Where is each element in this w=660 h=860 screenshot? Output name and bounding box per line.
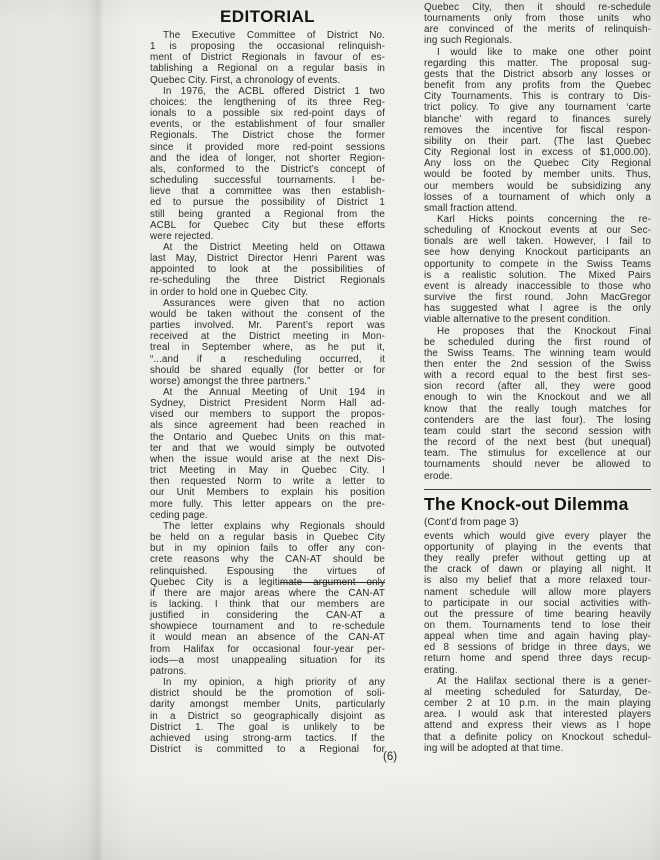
text-line: ment of District Regionals in favour of … <box>150 52 385 63</box>
section-divider <box>424 489 651 490</box>
text-line: 1 is proposing the occasional relinquish… <box>150 41 385 52</box>
text-line: He proposes that the Knockout Final <box>424 326 651 337</box>
text-line: ing will be adopted at that time. <box>424 743 651 754</box>
text-line: on them. Tournaments tend to lose their <box>424 620 651 631</box>
text-line: our Unit Members to explain his position <box>150 487 385 498</box>
text-line: if there are major areas where the CAN-A… <box>150 588 385 599</box>
text-line: the Ontario and Quebec Units on this mat… <box>150 432 385 443</box>
text-line: district should be the promotion of soli… <box>150 688 385 699</box>
text-line: Quebec City, then it should re-schedule <box>424 2 651 13</box>
text-line: City Regional lost in excess of $1,000.0… <box>424 147 651 158</box>
text-line: tionals are well taken. However, I fail … <box>424 236 651 247</box>
paragraph: The Executive Committee of District No.1… <box>150 30 385 86</box>
text-line: to participate in our social activities … <box>424 598 651 609</box>
text-line: At the Annual Meeting of Unit 194 in <box>150 387 385 398</box>
text-line: choices: the lengthening of its three Re… <box>150 97 385 108</box>
text-line: erode. <box>424 471 651 482</box>
text-line: more fully. This letter appears on the p… <box>150 499 385 510</box>
text-line: know that the really tough matches for <box>424 404 651 415</box>
editorial-heading: EDITORIAL <box>150 7 385 27</box>
text-line: out the pressure of time bearing heavily <box>424 609 651 620</box>
text-line: parties involved. Mr. Parent’s report wa… <box>150 320 385 331</box>
text-line: Regionals. The District chose the former <box>150 130 385 141</box>
text-line: that a definite policy on Knockout sched… <box>424 732 651 743</box>
text-line: scheduling of Knockout events at our Sec… <box>424 225 651 236</box>
text-line: nament schedule will allow more players <box>424 587 651 598</box>
paragraph: Quebec City, then it should re-schedulet… <box>424 2 651 47</box>
text-line: last May, District Director Henri Parent… <box>150 253 385 264</box>
text-line: ter and that we would simply be outvoted <box>150 443 385 454</box>
text-line: survive the first round. John MacGregor <box>424 292 651 303</box>
text-line: is also my belief that a more relaxed to… <box>424 575 651 586</box>
text-line: since it provided more red-point session… <box>150 142 385 153</box>
text-line: treal in September where, as he put it, <box>150 342 385 353</box>
text-line: relinquished. Espousing the virtues of <box>150 566 385 577</box>
text-line: attend and express their views as I hope <box>424 720 651 731</box>
text-line: it would mean an absence of the CAN-AT <box>150 632 385 643</box>
text-line: cember 2 at 10 p.m. in the main playing <box>424 698 651 709</box>
text-line: in order to hold one in Quebec City. <box>150 287 385 298</box>
text-line: sibility on their part. (The last Quebec <box>424 136 651 147</box>
text-line: they really prefer without getting up at <box>424 553 651 564</box>
knockout-dilemma-subheading: (Cont’d from page 3) <box>424 516 651 529</box>
text-line: als since agreement had been reached in <box>150 420 385 431</box>
text-line: is lacking. I think that our members are <box>150 599 385 610</box>
text-line: ionals to a possible six red-point days … <box>150 108 385 119</box>
text-line: Quebec City. First, a chronology of even… <box>150 75 385 86</box>
text-line: removes the incentive for fiscal respon- <box>424 125 651 136</box>
text-line: als, conformed to the District’s concept… <box>150 164 385 175</box>
knockout-dilemma-heading: The Knock-out Dilemma <box>424 494 651 515</box>
text-line: vised our members to support the propos- <box>150 409 385 420</box>
text-line: when the issue would arise at the next D… <box>150 454 385 465</box>
text-line: be held on a regular basis in Quebec Cit… <box>150 532 385 543</box>
paragraph: He proposes that the Knockout Finalbe sc… <box>424 326 651 482</box>
text-line: al meeting scheduled for Saturday, De- <box>424 687 651 698</box>
text-line: enough to win the Knockout and we all <box>424 392 651 403</box>
struck-text: mate argument only <box>280 577 385 588</box>
text-line: team could start the second session with <box>424 426 651 437</box>
text-line: regarding this matter. The proposal sug- <box>424 58 651 69</box>
text-line: the record of the next best (but unequal… <box>424 437 651 448</box>
text-line: from Halifax for occasional four-year pe… <box>150 644 385 655</box>
text-line: viable alternative to the present condit… <box>424 314 651 325</box>
text-line: would be taken without the consent of th… <box>150 309 385 320</box>
text-line: darity amongst member Units, particularl… <box>150 699 385 710</box>
text-line: would be footed by member units. Thus, <box>424 169 651 180</box>
text-line: then requested Norm to write a letter to <box>150 476 385 487</box>
text-segment: Quebec City is a legiti <box>150 577 280 588</box>
text-line: the crack of dawn or playing all night. … <box>424 564 651 575</box>
editorial-continuation-body: Quebec City, then it should re-schedulet… <box>424 2 651 482</box>
text-line: our members would be subsidizing any <box>424 181 651 192</box>
text-line: Sydney, District President Norm Hall ad- <box>150 398 385 409</box>
text-line: lieve that a committee was then establis… <box>150 186 385 197</box>
text-line: The Executive Committee of District No. <box>150 30 385 41</box>
left-column: EDITORIAL The Executive Committee of Dis… <box>150 7 385 755</box>
paragraph: At the District Meeting held on Ottawala… <box>150 242 385 298</box>
text-line: then enter the 2nd session of the Swiss <box>424 359 651 370</box>
text-line: worse) amongst the three partners.” <box>150 376 385 387</box>
paragraph: I would like to make one other pointrega… <box>424 47 651 214</box>
text-line: in a District so geographically disjoint… <box>150 711 385 722</box>
text-line: District is committed to a Regional for <box>150 744 385 755</box>
text-line: showpiece tournament and to re-schedule <box>150 621 385 632</box>
text-line: are convinced of the merits of relinquis… <box>424 24 651 35</box>
text-line: but in my opinion fails to offer any con… <box>150 543 385 554</box>
text-line: scheduling successful tournaments. I be- <box>150 175 385 186</box>
text-line: iods—a most unappealing situation for it… <box>150 655 385 666</box>
paragraph: The letter explains why Regionals should… <box>150 521 385 677</box>
text-line: “...and if a rescheduling occurred, it <box>150 354 385 365</box>
text-line: City Tournaments. This is contrary to Di… <box>424 91 651 102</box>
text-line: Assurances were given that no action <box>150 298 385 309</box>
paragraph: events which would give every player the… <box>424 531 651 676</box>
text-line: appointed to look at the possibilities o… <box>150 264 385 275</box>
text-line: events, or the establishment of four sma… <box>150 119 385 130</box>
text-line: tournaments only from those units who <box>424 13 651 24</box>
text-line: tablishing a Regional on a regular basis… <box>150 63 385 74</box>
text-line: team. The stimulus for excellence at our <box>424 448 651 459</box>
text-line: blanche’ with regard to finances surely <box>424 114 651 125</box>
text-line: be scheduled during the first round of <box>424 337 651 348</box>
paragraph: In 1976, the ACBL offered District 1 two… <box>150 86 385 242</box>
text-line: ed 8 sessions of bridge in three days, w… <box>424 642 651 653</box>
magazine-page: EDITORIAL The Executive Committee of Dis… <box>0 0 660 860</box>
text-line: opportunity to compete in the Swiss Team… <box>424 259 651 270</box>
editorial-body: The Executive Committee of District No.1… <box>150 30 385 755</box>
text-line: is a realistic solution. The Mixed Pairs <box>424 270 651 281</box>
text-line: re-scheduling the three District Regiona… <box>150 275 385 286</box>
text-line: In 1976, the ACBL offered District 1 two <box>150 86 385 97</box>
text-line: losses of a tournament of which only a <box>424 192 651 203</box>
knockout-dilemma-body: events which would give every player the… <box>424 531 651 754</box>
text-line: benefit from any profits from the Quebec <box>424 80 651 91</box>
text-line: I would like to make one other point <box>424 47 651 58</box>
paragraph: At the Annual Meeting of Unit 194 inSydn… <box>150 387 385 521</box>
text-line: were rejected. <box>150 231 385 242</box>
paragraph: In my opinion, a high priority of anydis… <box>150 677 385 755</box>
text-line: should be shared equally (for better or … <box>150 365 385 376</box>
text-line: tournaments should never be allowed to <box>424 459 651 470</box>
text-line: Any loss on the Quebec City Regional <box>424 158 651 169</box>
paragraph: Assurances were given that no actionwoul… <box>150 298 385 387</box>
page-number: (6) <box>383 751 397 763</box>
text-line: Karl Hicks points concerning the re- <box>424 214 651 225</box>
text-line: received at the District meeting in Mon- <box>150 331 385 342</box>
text-line: ed to pursue the possibility of District… <box>150 197 385 208</box>
text-line: achieved using strong-arm tactics. If th… <box>150 733 385 744</box>
text-line: In my opinion, a high priority of any <box>150 677 385 688</box>
text-line: has suggested what I agree is the only <box>424 303 651 314</box>
right-column: Quebec City, then it should re-schedulet… <box>424 2 651 754</box>
text-line: sion record (after all, they were good <box>424 381 651 392</box>
text-line: At the District Meeting held on Ottawa <box>150 242 385 253</box>
text-line: trict Meeting in May in Quebec City. I <box>150 465 385 476</box>
text-line: ceding page. <box>150 510 385 521</box>
text-line: crete reasons why the CAN-AT should be <box>150 554 385 565</box>
text-line: small fraction attend. <box>424 203 651 214</box>
text-line: District 1. The goal is unlikely to be <box>150 722 385 733</box>
text-line: contenders are the last four). The losin… <box>424 415 651 426</box>
text-line: gests that the District absorb any losse… <box>424 69 651 80</box>
text-line: and the idea of longer, not shorter Regi… <box>150 153 385 164</box>
text-line: appeal when time and again having play- <box>424 631 651 642</box>
text-line: Quebec City is a legitimate argument onl… <box>150 577 385 588</box>
text-line: opportunity of playing in the events tha… <box>424 542 651 553</box>
text-line: justified in considering the CAN-AT a <box>150 610 385 621</box>
text-line: trict policy. To give any tournament ‘ca… <box>424 102 651 113</box>
text-line: ACBL for Quebec City but these efforts <box>150 220 385 231</box>
text-line: with a record equal to the best first se… <box>424 370 651 381</box>
text-line: At the Halifax sectional there is a gene… <box>424 676 651 687</box>
text-line: The letter explains why Regionals should <box>150 521 385 532</box>
text-line: still being granted a Regional from the <box>150 209 385 220</box>
text-line: area. I would ask that interested player… <box>424 709 651 720</box>
text-line: patrons. <box>150 666 385 677</box>
text-line: erating. <box>424 665 651 676</box>
text-line: the Swiss Teams. The winning team would <box>424 348 651 359</box>
text-line: see how denying Knockout participants an <box>424 247 651 258</box>
text-line: events which would give every player the <box>424 531 651 542</box>
text-line: event is already inaccessible to those w… <box>424 281 651 292</box>
text-line: return home and spend three days recup- <box>424 653 651 664</box>
text-line: ing such Regionals. <box>424 35 651 46</box>
paragraph: At the Halifax sectional there is a gene… <box>424 676 651 754</box>
paragraph: Karl Hicks points concerning the re-sche… <box>424 214 651 326</box>
